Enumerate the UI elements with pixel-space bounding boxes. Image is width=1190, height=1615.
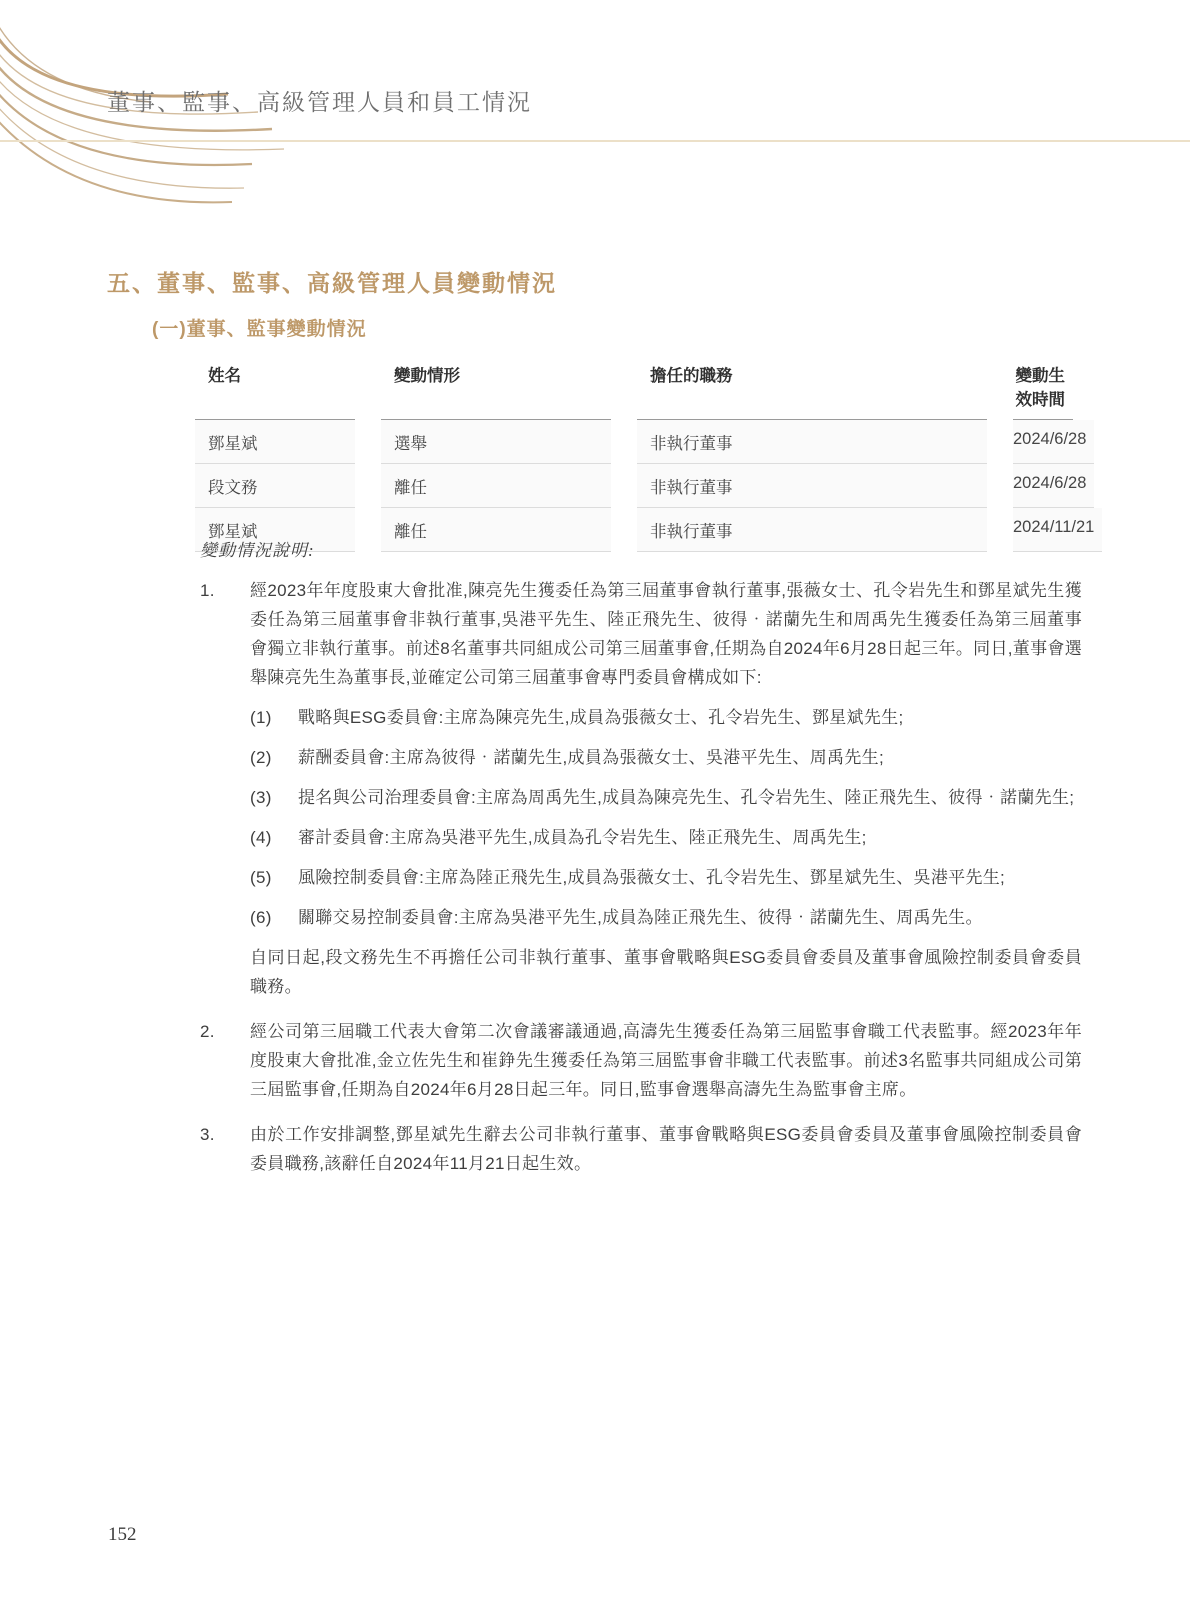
- committee-item-text: 審計委員會:主席為吳港平先生,成員為孔令岩先生、陸正飛先生、周禹先生;: [298, 823, 1082, 852]
- cell-date: 2024/11/21: [1013, 508, 1102, 552]
- notes-content: 1. 經2023年年度股東大會批准,陳亮先生獲委任為第三屆董事會執行董事,張薇女…: [200, 576, 1082, 1194]
- committee-item-number: (6): [250, 903, 298, 932]
- committee-item-number: (3): [250, 783, 298, 812]
- col-header-role: 擔任的職務: [637, 352, 987, 420]
- cell-role: 非執行董事: [637, 464, 987, 508]
- committee-item-1: (1) 戰略與ESG委員會:主席為陳亮先生,成員為張薇女士、孔令岩先生、鄧星斌先…: [250, 703, 1082, 732]
- committee-item-6: (6) 關聯交易控制委員會:主席為吳港平先生,成員為陸正飛先生、彼得‧諾蘭先生、…: [250, 903, 1082, 932]
- note-item-number: 3.: [200, 1120, 250, 1178]
- committee-item-text: 戰略與ESG委員會:主席為陳亮先生,成員為張薇女士、孔令岩先生、鄧星斌先生;: [298, 703, 1082, 732]
- committee-item-number: (2): [250, 743, 298, 772]
- cell-change: 離任: [381, 464, 611, 508]
- committee-item-4: (4) 審計委員會:主席為吳港平先生,成員為孔令岩先生、陸正飛先生、周禹先生;: [250, 823, 1082, 852]
- section-subheading: (一)董事、監事變動情況: [152, 314, 367, 341]
- cell-name: 段文務: [195, 464, 355, 508]
- committee-item-text: 風險控制委員會:主席為陸正飛先生,成員為張薇女士、孔令岩先生、鄧星斌先生、吳港平…: [298, 863, 1082, 892]
- decorative-arcs: [0, 0, 340, 240]
- cell-change: 離任: [381, 508, 611, 552]
- committee-item-number: (1): [250, 703, 298, 732]
- cell-date: 2024/6/28: [1013, 464, 1094, 508]
- col-header-name: 姓名: [195, 352, 355, 420]
- committee-item-number: (4): [250, 823, 298, 852]
- cell-role: 非執行董事: [637, 420, 987, 464]
- director-change-table: 姓名 變動情形 擔任的職務 變動生效時間 鄧星斌 選舉 非執行董事 2024/6…: [195, 352, 1073, 552]
- committee-item-text: 提名與公司治理委員會:主席為周禹先生,成員為陳亮先生、孔令岩先生、陸正飛先生、彼…: [298, 783, 1082, 812]
- cell-name: 鄧星斌: [195, 420, 355, 464]
- committee-item-3: (3) 提名與公司治理委員會:主席為周禹先生,成員為陳亮先生、孔令岩先生、陸正飛…: [250, 783, 1082, 812]
- notes-title: 變動情況說明:: [200, 536, 315, 561]
- cell-change: 選舉: [381, 420, 611, 464]
- note-item-number: 1.: [200, 576, 250, 1001]
- col-header-date: 變動生效時間: [1013, 352, 1073, 420]
- page-number: 152: [108, 1524, 137, 1546]
- committee-item-number: (5): [250, 863, 298, 892]
- note-item-text: 經公司第三屆職工代表大會第二次會議審議通過,高濤先生獲委任為第三屆監事會職工代表…: [250, 1017, 1082, 1104]
- cell-date: 2024/6/28: [1013, 420, 1094, 464]
- committee-item-5: (5) 風險控制委員會:主席為陸正飛先生,成員為張薇女士、孔令岩先生、鄧星斌先生…: [250, 863, 1082, 892]
- table-row: 鄧星斌 選舉 非執行董事 2024/6/28: [195, 420, 1073, 464]
- note-item-text: 由於工作安排調整,鄧星斌先生辭去公司非執行董事、董事會戰略與ESG委員會委員及董…: [250, 1120, 1082, 1178]
- table-header-row: 姓名 變動情形 擔任的職務 變動生效時間: [195, 352, 1073, 420]
- cell-role: 非執行董事: [637, 508, 987, 552]
- header-divider: [0, 140, 1190, 142]
- note-item-1: 1. 經2023年年度股東大會批准,陳亮先生獲委任為第三屆董事會執行董事,張薇女…: [200, 576, 1082, 1001]
- note-item-followup: 自同日起,段文務先生不再擔任公司非執行董事、董事會戰略與ESG委員會委員及董事會…: [250, 943, 1082, 1001]
- note-item-2: 2. 經公司第三屆職工代表大會第二次會議審議通過,高濤先生獲委任為第三屆監事會職…: [200, 1017, 1082, 1104]
- section-heading: 五、董事、監事、高級管理人員變動情況: [107, 265, 557, 298]
- col-header-change: 變動情形: [381, 352, 611, 420]
- table-row: 鄧星斌 離任 非執行董事 2024/11/21: [195, 508, 1073, 552]
- note-item-text: 經2023年年度股東大會批准,陳亮先生獲委任為第三屆董事會執行董事,張薇女士、孔…: [250, 576, 1082, 692]
- committee-item-2: (2) 薪酬委員會:主席為彼得‧諾蘭先生,成員為張薇女士、吳港平先生、周禹先生;: [250, 743, 1082, 772]
- committee-item-text: 薪酬委員會:主席為彼得‧諾蘭先生,成員為張薇女士、吳港平先生、周禹先生;: [298, 743, 1082, 772]
- table-row: 段文務 離任 非執行董事 2024/6/28: [195, 464, 1073, 508]
- committee-item-text: 關聯交易控制委員會:主席為吳港平先生,成員為陸正飛先生、彼得‧諾蘭先生、周禹先生…: [298, 903, 1082, 932]
- note-item-number: 2.: [200, 1017, 250, 1104]
- document-page: 董事、監事、高級管理人員和員工情況 五、董事、監事、高級管理人員變動情況 (一)…: [0, 0, 1190, 1615]
- page-header-title: 董事、監事、高級管理人員和員工情況: [107, 84, 532, 117]
- note-item-3: 3. 由於工作安排調整,鄧星斌先生辭去公司非執行董事、董事會戰略與ESG委員會委…: [200, 1120, 1082, 1178]
